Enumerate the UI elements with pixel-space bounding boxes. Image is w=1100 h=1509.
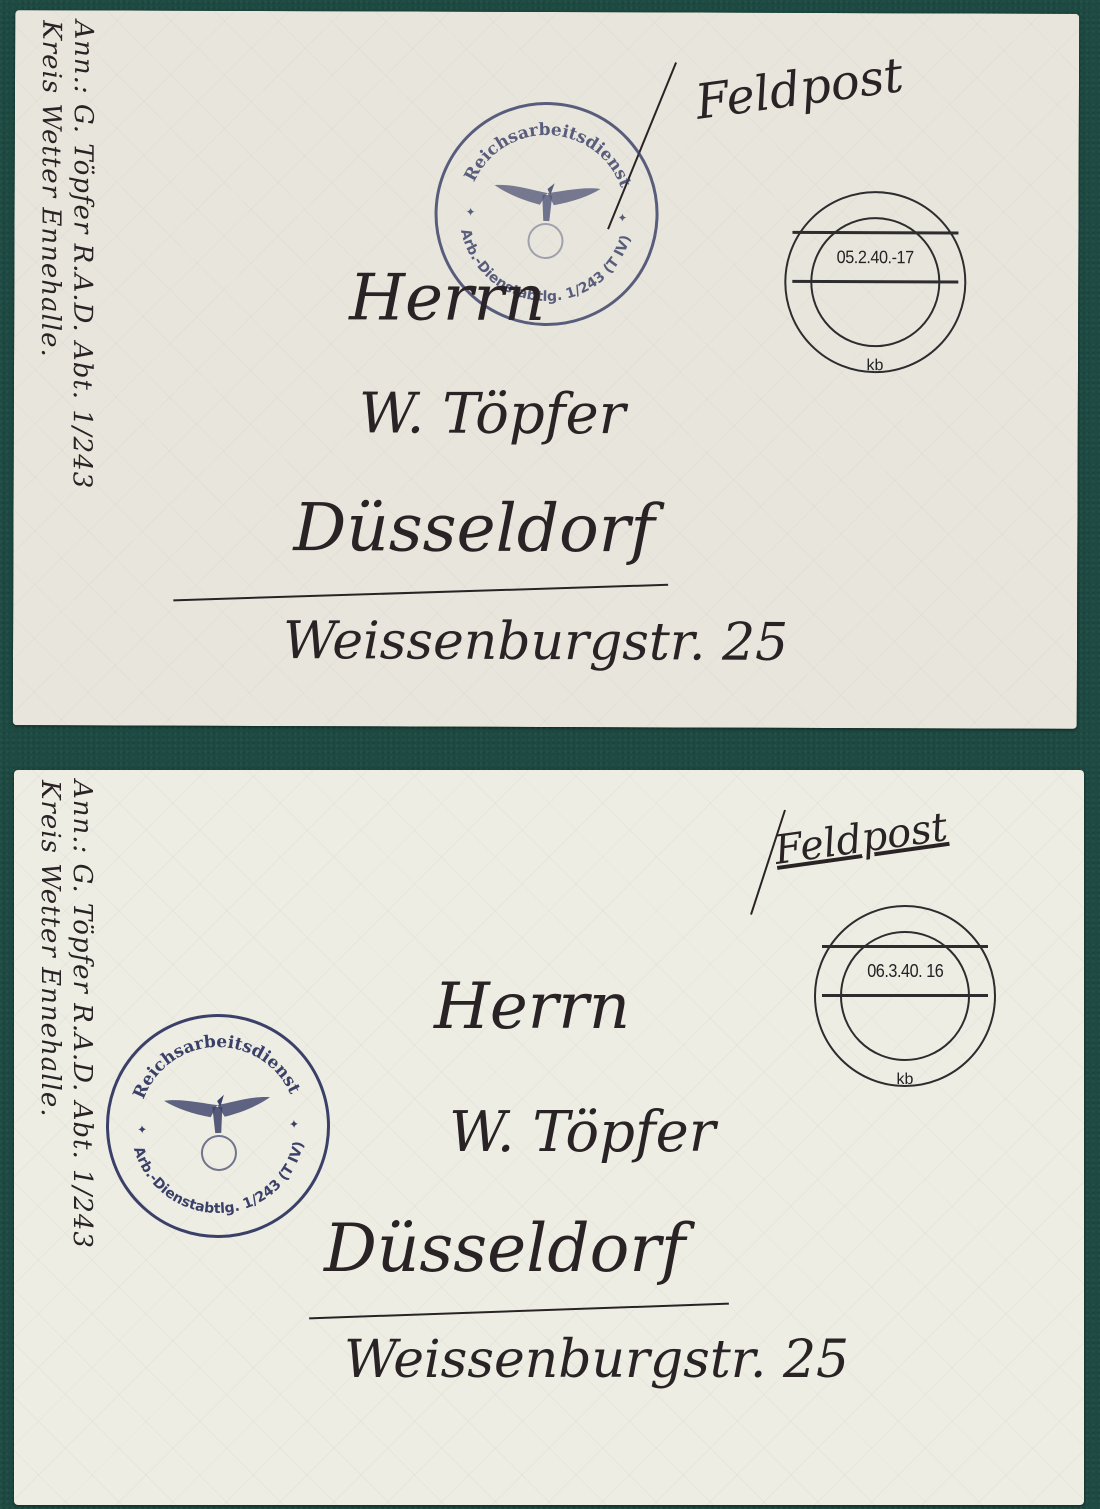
recipient-street: Weissenburgstr. 25 — [344, 1330, 849, 1390]
feldpost-mark: Feldpost — [772, 804, 951, 874]
postmark-date: 05.2.40.-17 — [837, 247, 914, 268]
city-underline — [173, 584, 668, 602]
svg-text:✦: ✦ — [465, 205, 476, 219]
recipient-city: Düsseldorf — [293, 489, 655, 567]
envelope-1: Ann.: G. Töpfer R.A.D. Abt. 1/243 Kreis … — [13, 10, 1079, 729]
postmark-code: kb — [786, 357, 964, 376]
eagle-emblem-icon — [490, 169, 603, 263]
envelope-2: Ann.: G. Töpfer R.A.D. Abt. 1/243 Kreis … — [14, 770, 1084, 1505]
postmark-date-band: 06.3.40. 16 — [822, 945, 988, 997]
eagle-emblem-icon — [162, 1081, 275, 1175]
svg-text:✦: ✦ — [137, 1122, 148, 1136]
postmark: 05.2.40.-17 kb — [784, 191, 967, 374]
recipient-street: Weissenburgstr. 25 — [283, 611, 788, 673]
postmark-code: kb — [816, 1071, 994, 1089]
recipient-salutation: Herrn — [349, 261, 545, 336]
postmark-date: 06.3.40. 16 — [867, 961, 943, 982]
city-underline — [309, 1303, 729, 1320]
service-seal: Reichsarbeitsdienst Arb.-Dienstabtlg. 1/… — [102, 1010, 334, 1242]
svg-text:✦: ✦ — [617, 211, 628, 225]
recipient-name: W. Töpfer — [449, 1100, 716, 1165]
svg-text:✦: ✦ — [289, 1117, 300, 1131]
recipient-salutation: Herrn — [434, 970, 630, 1044]
sender-address: Ann.: G. Töpfer R.A.D. Abt. 1/243 Kreis … — [34, 20, 100, 489]
recipient-city: Düsseldorf — [324, 1210, 685, 1287]
postmark-date-band: 05.2.40.-17 — [792, 231, 958, 284]
feldpost-mark: Feldpost — [692, 47, 906, 131]
sender-address: Ann.: G. Töpfer R.A.D. Abt. 1/243 Kreis … — [34, 780, 98, 1249]
recipient-name: W. Töpfer — [359, 381, 626, 447]
postmark: 06.3.40. 16 kb — [814, 905, 996, 1087]
